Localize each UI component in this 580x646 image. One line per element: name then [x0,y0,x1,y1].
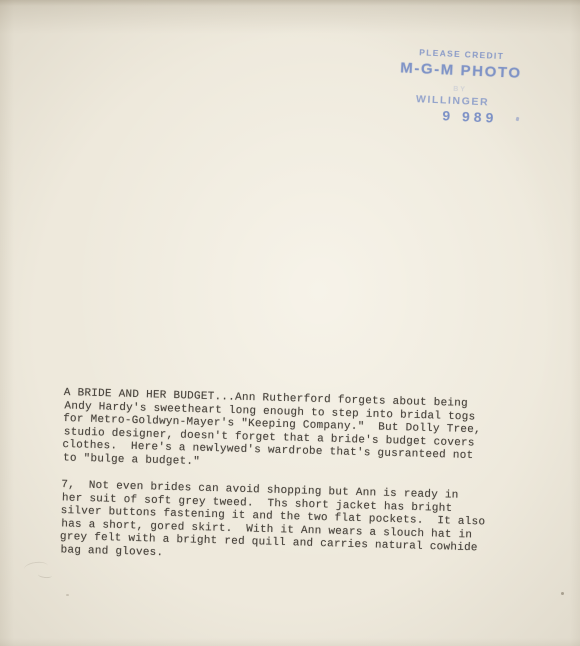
credit-stamp: PLEASE CREDIT M-G-M PHOTO BY WILLINGER 9… [389,46,532,127]
typed-caption: A BRIDE AND HER BUDGET...Ann Rutherford … [59,387,499,569]
caption-paragraph-2: 7, Not even brides can avoid shopping bu… [59,479,497,569]
paper-speck-bottom-right [561,592,564,595]
caption-paragraph-1: A BRIDE AND HER BUDGET...Ann Rutherford … [62,387,500,477]
paper-scratch-mark-2 [38,571,53,578]
paper-speck-left [66,594,69,596]
photo-back: PLEASE CREDIT M-G-M PHOTO BY WILLINGER 9… [0,0,580,646]
stamp-studio-text: M-G-M PHOTO [391,59,532,82]
